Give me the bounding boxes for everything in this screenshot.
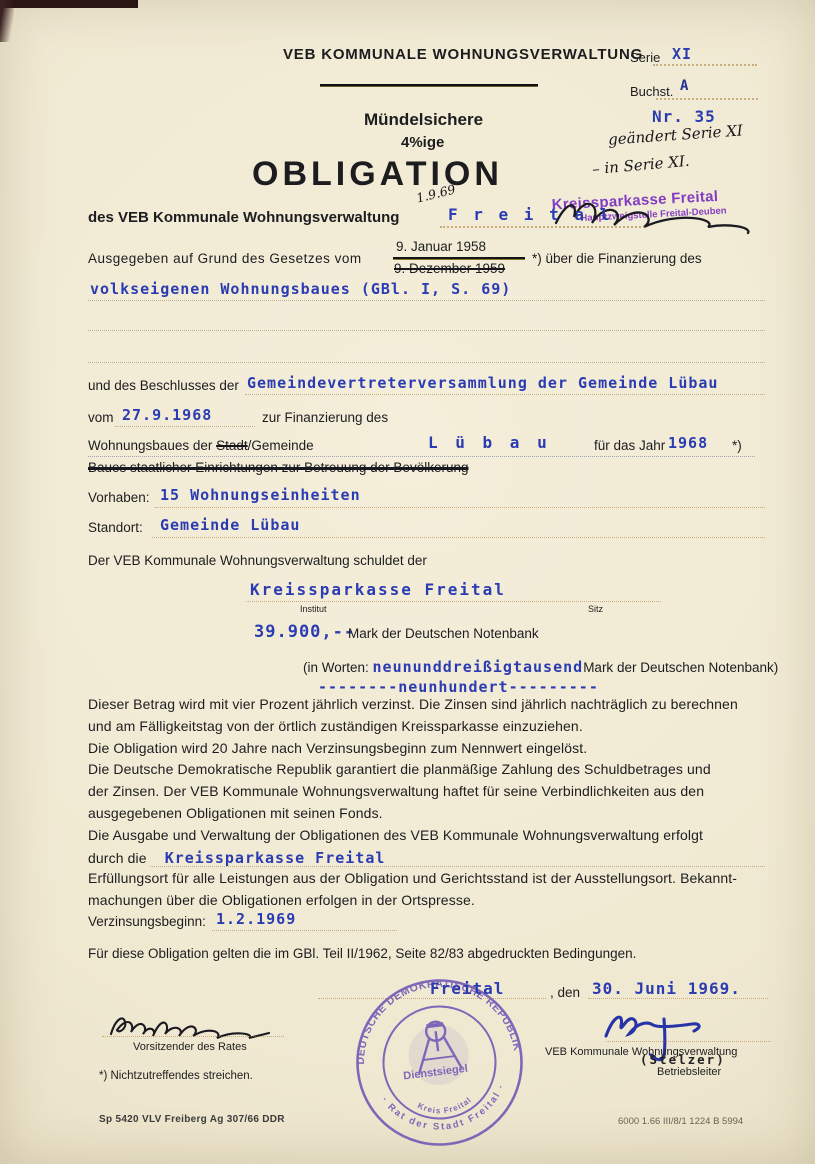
left-signature-rule: [102, 1036, 284, 1037]
verzinsungsbeginn-label: Verzinsungsbeginn:: [88, 914, 206, 929]
terms-line: und am Fälligkeitstag von der örtlich zu…: [88, 718, 778, 740]
place-rule: [318, 998, 546, 999]
terms-line: der Zinsen. Der VEB Kommunale Wohnungsve…: [88, 783, 778, 805]
buchst-value: A: [680, 78, 689, 94]
standort-rule: [152, 537, 765, 538]
print-mark-left: Sp 5420 VLV Freiberg Ag 307/66 DDR: [99, 1114, 285, 1125]
right-role-label: Betriebsleiter: [657, 1066, 721, 1078]
words-typed: neununddreißigtausend: [373, 658, 584, 676]
amount-value: 39.900,--: [254, 622, 355, 642]
amount-suffix: Mark der Deutschen Notenbank: [348, 626, 539, 641]
law-typed-value: volkseigenen Wohnungsbaues (GBl. I, S. 6…: [90, 280, 511, 298]
handwritten-note-1: geändert Serie XI: [608, 121, 744, 148]
issuer-city: F r e i t a l: [448, 205, 612, 224]
left-role-label: Vorsitzender des Rates: [133, 1041, 247, 1053]
terms-line: Die Ausgabe und Verwaltung der Obligatio…: [88, 827, 778, 849]
year-label: für das Jahr: [594, 438, 665, 453]
vorhaben-label: Vorhaben:: [88, 490, 150, 505]
title-rate: 4%ige: [401, 134, 444, 151]
usage-prefix: Wohnungsbaues der: [88, 438, 216, 453]
vorhaben-value: 15 Wohnungseinheiten: [160, 486, 361, 504]
resolution-prefix: und des Beschlusses der: [88, 378, 239, 393]
verzinsungsbeginn-rule: [212, 930, 397, 931]
law-date-struck: 9. Dezember 1959: [394, 261, 505, 276]
terms-line: ausgegebenen Obligationen mit seinen Fon…: [88, 805, 778, 827]
standort-label: Standort:: [88, 520, 143, 535]
blank-rule-2: [88, 362, 765, 363]
vom-label: vom: [88, 410, 114, 425]
vom-rule: [115, 426, 255, 427]
signing-date: 30. Juni 1969.: [592, 979, 741, 998]
vorhaben-rule: [155, 507, 765, 508]
print-mark-right: 6000 1.66 III/8/1 1224 B 5994: [618, 1116, 743, 1127]
serie-line: [653, 64, 757, 66]
scan-artifact-top: [0, 0, 138, 8]
right-signature-rule: [606, 1041, 771, 1042]
serie-label: Serie: [630, 50, 660, 65]
terms-line: Erfüllungsort für alle Leistungen aus de…: [88, 870, 778, 892]
header-org: VEB KOMMUNALE WOHNUNGSVERWALTUNG: [283, 46, 643, 63]
vom-date: 27.9.1968: [122, 406, 212, 424]
title-obligation: OBLIGATION: [252, 155, 503, 194]
resolution-rule: [245, 394, 765, 395]
blank-rule-1: [88, 330, 765, 331]
debt-institute: Kreissparkasse Freital: [250, 580, 506, 599]
scan-artifact-corner: [0, 0, 14, 42]
terms-line: machungen über die Obligationen erfolgen…: [88, 892, 778, 914]
words-typed-2: --------neunhundert---------: [318, 678, 599, 696]
durch-value: Kreissparkasse Freital: [165, 849, 386, 867]
obligation-document: VEB KOMMUNALE WOHNUNGSVERWALTUNG Serie X…: [0, 0, 815, 1164]
law-rule: [88, 300, 765, 301]
usage-rule: [88, 456, 755, 457]
footnote-text: *) Nichtzutreffendes streichen.: [99, 1070, 253, 1082]
sitz-label: Sitz: [588, 604, 603, 614]
law-fraction-bar: [393, 257, 525, 260]
institute-rule: [246, 601, 661, 602]
law-date-valid: 9. Januar 1958: [396, 239, 486, 254]
svg-text:Kreis Freital: Kreis Freital: [415, 1095, 474, 1119]
law-prefix: Ausgegeben auf Grund des Gesetzes vom: [88, 251, 362, 266]
signing-place: Freital: [430, 979, 504, 998]
resolution-typed: Gemeindevertreterversammlung der Gemeind…: [247, 374, 718, 392]
usage-slash: /Gemeinde: [248, 438, 314, 453]
conditions-line: Für diese Obligation gelten die im GBl. …: [88, 946, 636, 961]
issuer-line-rule: [440, 226, 645, 228]
standort-value: Gemeinde Lübau: [160, 516, 300, 534]
usage-city: L ü b a u: [428, 433, 551, 452]
den-label: , den: [550, 985, 580, 1000]
durch-label: durch die: [88, 850, 147, 866]
terms-block: Dieser Betrag wird mit vier Prozent jähr…: [88, 696, 778, 914]
terms-line: Die Obligation wird 20 Jahre nach Verzin…: [88, 740, 778, 762]
handwritten-note-2: – in Serie XI.: [591, 152, 690, 178]
serie-value: XI: [672, 45, 692, 63]
right-name-typed: (Stelzer): [640, 1052, 726, 1067]
verzinsungsbeginn-value: 1.2.1969: [216, 910, 296, 928]
buchst-line: [656, 98, 758, 100]
year-footnote-mark: *): [732, 438, 742, 453]
title-muendelsichere: Mündelsichere: [364, 110, 483, 130]
buchst-label: Buchst.: [630, 84, 673, 99]
terms-durch-line: durch die Kreissparkasse Freital: [88, 849, 778, 871]
amount-words-line: (in Worten: neununddreißigtausendMark de…: [303, 658, 778, 677]
words-suffix: Mark der Deutschen Notenbank): [583, 660, 778, 675]
debt-intro: Der VEB Kommunale Wohnungsverwaltung sch…: [88, 553, 427, 568]
institut-label: Institut: [300, 604, 327, 614]
law-suffix: *) über die Finanzierung des: [532, 251, 702, 266]
terms-line: Dieser Betrag wird mit vier Prozent jähr…: [88, 696, 778, 718]
seal-inner-bottom-text: Kreis Freital: [415, 1095, 474, 1119]
issuer-label: des VEB Kommunale Wohnungsverwaltung: [88, 209, 399, 226]
durch-rule: [150, 866, 765, 867]
struck-purpose-line: Baues staatlicher Einrichtungen zur Betr…: [88, 460, 468, 475]
year-value: 1968: [668, 434, 708, 452]
words-prefix: (in Worten:: [303, 660, 373, 675]
header-rule: [320, 84, 538, 87]
terms-line: Die Deutsche Demokratische Republik gara…: [88, 761, 778, 783]
vom-suffix: zur Finanzierung des: [262, 410, 388, 425]
usage-struck-word: Stadt: [216, 438, 248, 453]
usage-line: Wohnungsbaues der Stadt/Gemeinde: [88, 438, 314, 453]
date-rule: [588, 998, 768, 999]
